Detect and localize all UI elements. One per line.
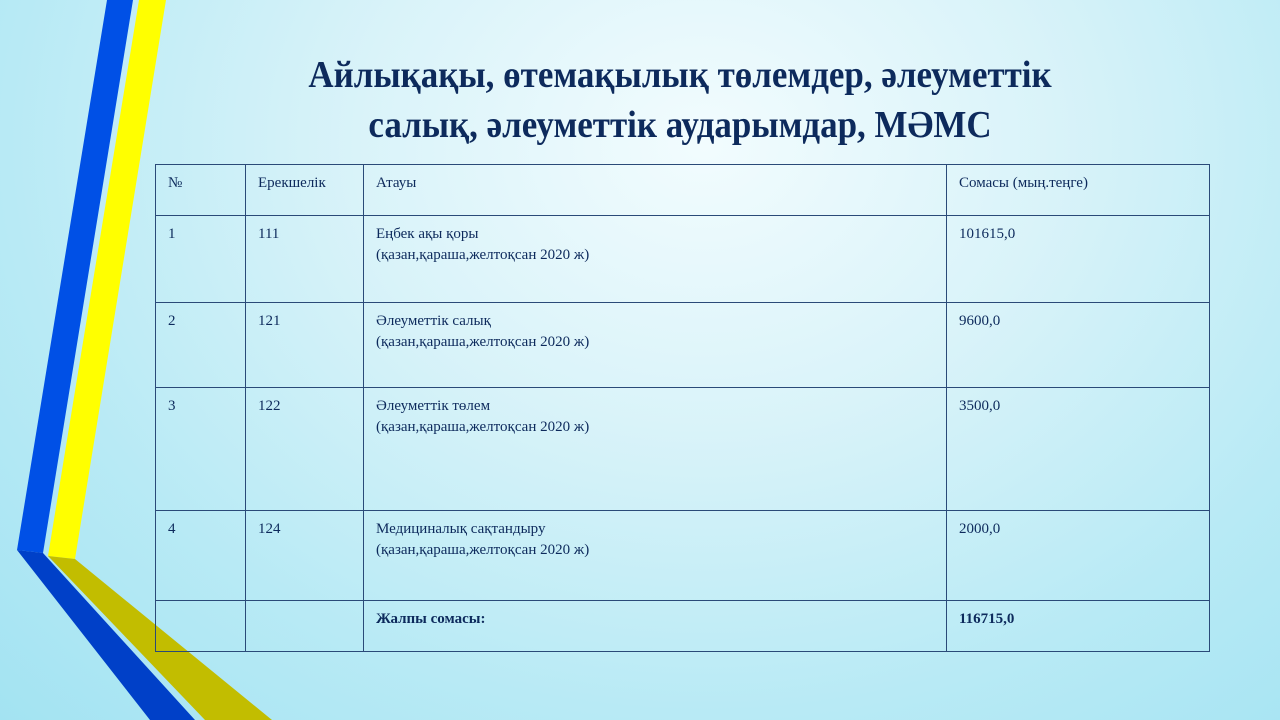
header-name: Атауы (364, 165, 947, 216)
header-amount: Сомасы (мың.теңге) (947, 165, 1210, 216)
table-row: 1 111 Еңбек ақы қоры (қазан,қараша,желто… (156, 216, 1210, 303)
cell-number: 3 (156, 388, 246, 511)
table-total-row: Жалпы сомасы: 116715,0 (156, 601, 1210, 652)
cell-code: 121 (246, 303, 364, 388)
cell-name: Әлеуметтік салық (қазан,қараша,желтоқсан… (364, 303, 947, 388)
item-period: (қазан,қараша,желтоқсан 2020 ж) (376, 540, 936, 561)
item-period: (қазан,қараша,желтоқсан 2020 ж) (376, 417, 936, 438)
cell-code: 124 (246, 511, 364, 601)
item-name: Әлеуметтік салық (376, 311, 936, 332)
cell-number: 4 (156, 511, 246, 601)
header-code: Ерекшелік (246, 165, 364, 216)
slide-title: Айлықақы, өтемақылық төлемдер, әлеуметті… (220, 50, 1140, 150)
item-name: Әлеуметтік төлем (376, 396, 936, 417)
item-name: Медициналық сақтандыру (376, 519, 936, 540)
table-row: 4 124 Медициналық сақтандыру (қазан,қара… (156, 511, 1210, 601)
budget-table: № Ерекшелік Атауы Сомасы (мың.теңге) 1 1… (155, 164, 1210, 652)
cell-name: Медициналық сақтандыру (қазан,қараша,жел… (364, 511, 947, 601)
total-amount: 116715,0 (947, 601, 1210, 652)
table-row: 3 122 Әлеуметтік төлем (қазан,қараша,жел… (156, 388, 1210, 511)
cell-amount: 101615,0 (947, 216, 1210, 303)
table-header-row: № Ерекшелік Атауы Сомасы (мың.теңге) (156, 165, 1210, 216)
item-name: Еңбек ақы қоры (376, 224, 936, 245)
cell-number: 1 (156, 216, 246, 303)
cell-amount: 9600,0 (947, 303, 1210, 388)
cell-code: 111 (246, 216, 364, 303)
item-period: (қазан,қараша,желтоқсан 2020 ж) (376, 332, 936, 353)
cell-number: 2 (156, 303, 246, 388)
title-line-2: салық, әлеуметтік аударымдар, МӘМС (220, 100, 1140, 150)
cell-amount: 2000,0 (947, 511, 1210, 601)
header-number: № (156, 165, 246, 216)
title-line-1: Айлықақы, өтемақылық төлемдер, әлеуметті… (220, 50, 1140, 100)
cell-empty (246, 601, 364, 652)
cell-amount: 3500,0 (947, 388, 1210, 511)
item-period: (қазан,қараша,желтоқсан 2020 ж) (376, 245, 936, 266)
cell-code: 122 (246, 388, 364, 511)
cell-name: Әлеуметтік төлем (қазан,қараша,желтоқсан… (364, 388, 947, 511)
cell-name: Еңбек ақы қоры (қазан,қараша,желтоқсан 2… (364, 216, 947, 303)
total-label: Жалпы сомасы: (364, 601, 947, 652)
cell-empty (156, 601, 246, 652)
table-row: 2 121 Әлеуметтік салық (қазан,қараша,жел… (156, 303, 1210, 388)
